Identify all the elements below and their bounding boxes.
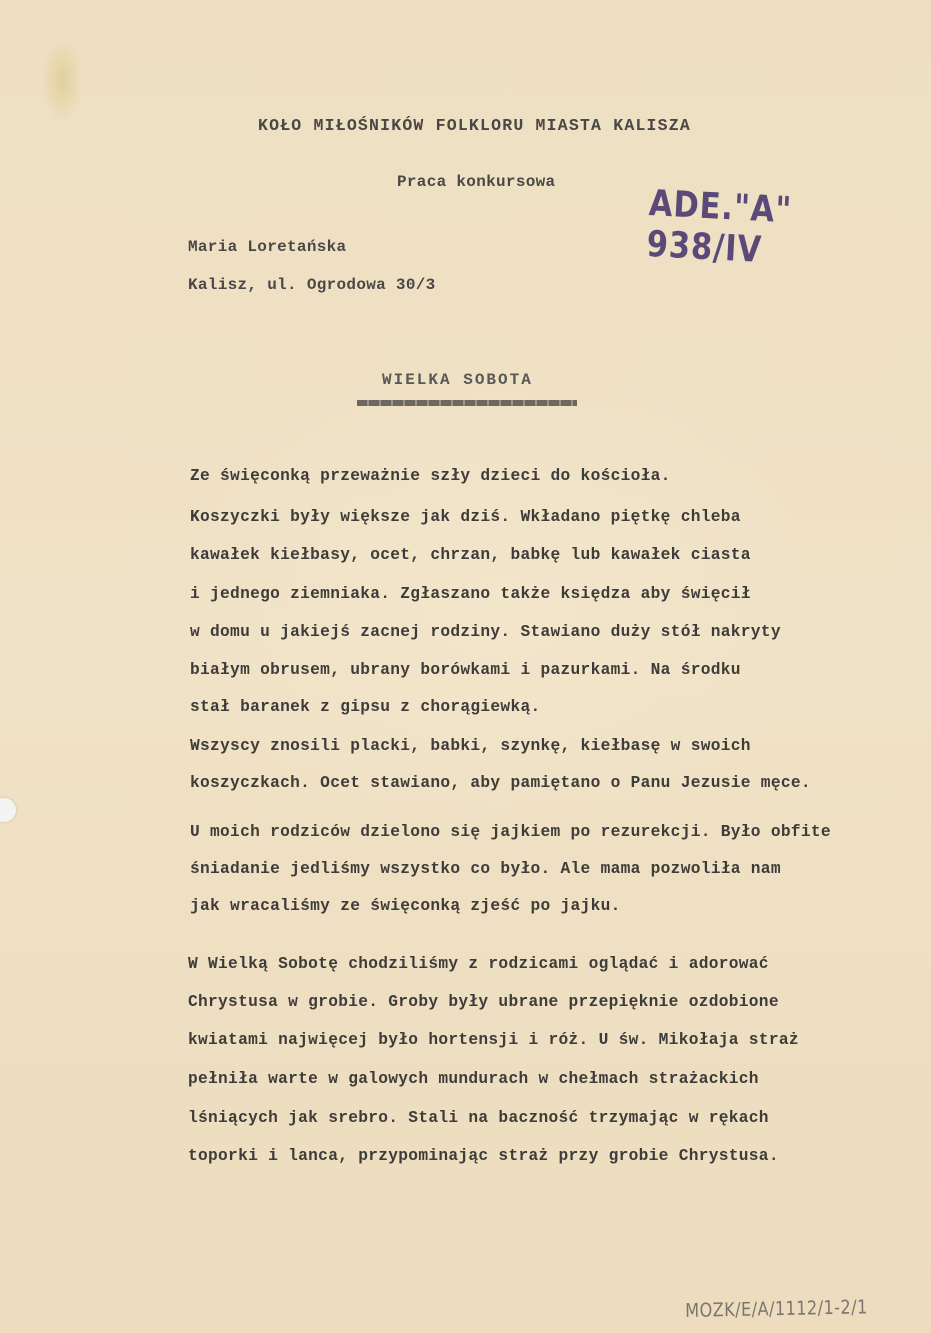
body-line: i jednego ziemniaka. Zgłaszano także ksi… — [190, 585, 751, 603]
body-line: kawałek kiełbasy, ocet, chrzan, babkę lu… — [190, 546, 751, 564]
body-line: U moich rodziców dzielono się jajkiem po… — [190, 823, 831, 841]
catalog-code: MOZK/E/A/1112/1-2/1 — [685, 1296, 868, 1322]
body-line: w domu u jakiejś zacnej rodziny. Stawian… — [190, 623, 781, 641]
body-line: Ze święconką przeważnie szły dzieci do k… — [190, 467, 671, 485]
body-line: koszyczkach. Ocet stawiano, aby pamiętan… — [190, 774, 811, 792]
author-name: Maria Loretańska — [188, 238, 346, 256]
document-title: WIELKA SOBOTA — [382, 371, 533, 389]
body-line: toporki i lanca, przypominając straż prz… — [188, 1147, 779, 1165]
archive-mark: ADE."A" 938/IV — [646, 183, 889, 277]
body-line: W Wielką Sobotę chodziliśmy z rodzicami … — [188, 955, 769, 973]
body-line: pełniła warte w galowych mundurach w che… — [188, 1070, 759, 1088]
body-line: śniadanie jedliśmy wszystko co było. Ale… — [190, 860, 781, 878]
author-address: Kalisz, ul. Ogrodowa 30/3 — [188, 276, 436, 294]
title-underline — [357, 400, 577, 406]
body-line: Koszyczki były większe jak dziś. Wkładan… — [190, 508, 741, 526]
document-subtitle: Praca konkursowa — [397, 173, 555, 191]
organization-header: KOŁO MIŁOŚNIKÓW FOLKLORU MIASTA KALISZA — [258, 116, 691, 135]
body-line: kwiatami najwięcej było hortensji i róż.… — [188, 1031, 799, 1049]
body-line: lśniących jak srebro. Stali na baczność … — [188, 1109, 769, 1127]
body-line: białym obrusem, ubrany borówkami i pazur… — [190, 661, 741, 679]
body-line: Wszyscy znosili placki, babki, szynkę, k… — [190, 737, 751, 755]
body-line: jak wracaliśmy ze święconką zjeść po jaj… — [190, 897, 621, 915]
body-line: stał baranek z gipsu z chorągiewką. — [190, 698, 541, 716]
body-line: Chrystusa w grobie. Groby były ubrane pr… — [188, 993, 779, 1011]
